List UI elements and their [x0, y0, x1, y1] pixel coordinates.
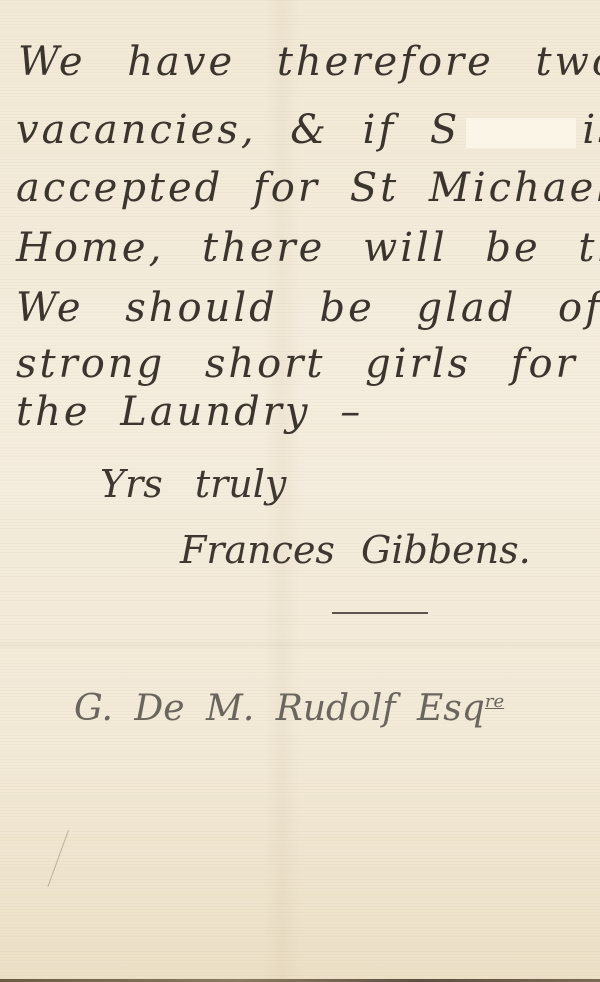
letter-line-5: We should be glad of: [16, 288, 600, 328]
letter-line-3: accepted for St Michael's: [16, 168, 600, 208]
letter-line-2-text: vacancies, & if S: [16, 107, 460, 153]
paper-fold: [0, 640, 600, 650]
divider-rule: [332, 612, 428, 614]
letter-line-1: We have therefore two: [18, 42, 600, 82]
addressee-suffix-superscript: re: [485, 691, 504, 712]
letter-line-7: the Laundry –: [16, 392, 363, 432]
addressee-suffix: Esq: [417, 688, 485, 729]
addressee-name: G. De M. Rudolf: [74, 688, 396, 729]
letter-line-2: vacancies, & if Sis: [16, 110, 600, 150]
letter-line-2-tail: is: [582, 107, 600, 153]
letter-line-6: strong short girls for: [16, 344, 578, 384]
letter-line-4: Home, there will be three.: [16, 228, 600, 268]
redacted-name: [466, 118, 576, 148]
signature: Frances Gibbens.: [180, 528, 531, 572]
addressee: G. De M. Rudolf Esqre: [74, 688, 504, 729]
paper-crease: [47, 830, 68, 887]
valediction: Yrs truly: [100, 462, 286, 506]
letter-page: We have therefore two vacancies, & if Si…: [0, 0, 600, 982]
